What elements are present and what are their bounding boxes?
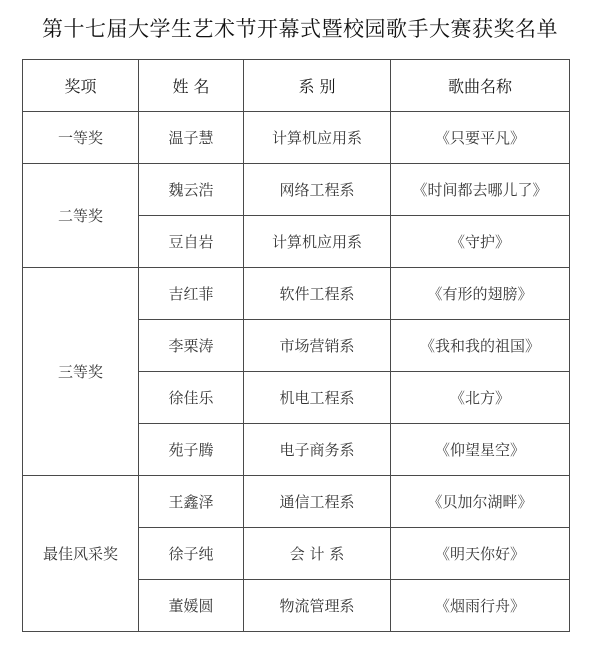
department-cell: 通信工程系 <box>244 476 391 528</box>
award-cell: 最佳风采奖 <box>23 476 139 632</box>
name-cell: 魏云浩 <box>139 164 244 216</box>
table-row: 最佳风采奖 王鑫泽 通信工程系 《贝加尔湖畔》 <box>23 476 570 528</box>
header-name: 姓 名 <box>139 60 244 112</box>
song-cell: 《贝加尔湖畔》 <box>391 476 570 528</box>
department-cell: 计算机应用系 <box>244 112 391 164</box>
award-cell: 二等奖 <box>23 164 139 268</box>
name-cell: 徐子纯 <box>139 528 244 580</box>
name-cell: 苑子腾 <box>139 424 244 476</box>
table-header-row: 奖项 姓 名 系 别 歌曲名称 <box>23 60 570 112</box>
name-cell: 吉红菲 <box>139 268 244 320</box>
table-row: 三等奖 吉红菲 软件工程系 《有形的翅膀》 <box>23 268 570 320</box>
award-cell: 一等奖 <box>23 112 139 164</box>
song-cell: 《只要平凡》 <box>391 112 570 164</box>
song-cell: 《有形的翅膀》 <box>391 268 570 320</box>
name-cell: 董媛圆 <box>139 580 244 632</box>
page-title: 第十七届大学生艺术节开幕式暨校园歌手大赛获奖名单 <box>0 14 600 44</box>
table-row: 一等奖 温子慧 计算机应用系 《只要平凡》 <box>23 112 570 164</box>
department-cell: 软件工程系 <box>244 268 391 320</box>
name-cell: 王鑫泽 <box>139 476 244 528</box>
award-cell: 三等奖 <box>23 268 139 476</box>
song-cell: 《烟雨行舟》 <box>391 580 570 632</box>
department-cell: 网络工程系 <box>244 164 391 216</box>
department-cell: 电子商务系 <box>244 424 391 476</box>
header-award: 奖项 <box>23 60 139 112</box>
department-cell: 市场营销系 <box>244 320 391 372</box>
header-department: 系 别 <box>244 60 391 112</box>
song-cell: 《仰望星空》 <box>391 424 570 476</box>
department-cell: 物流管理系 <box>244 580 391 632</box>
song-cell: 《守护》 <box>391 216 570 268</box>
song-cell: 《我和我的祖国》 <box>391 320 570 372</box>
name-cell: 徐佳乐 <box>139 372 244 424</box>
name-cell: 李栗涛 <box>139 320 244 372</box>
award-winners-table: 奖项 姓 名 系 别 歌曲名称 一等奖 温子慧 计算机应用系 《只要平凡》 二等… <box>22 59 570 632</box>
table-row: 二等奖 魏云浩 网络工程系 《时间都去哪儿了》 <box>23 164 570 216</box>
header-song: 歌曲名称 <box>391 60 570 112</box>
department-cell: 机电工程系 <box>244 372 391 424</box>
department-cell: 会 计 系 <box>244 528 391 580</box>
song-cell: 《时间都去哪儿了》 <box>391 164 570 216</box>
department-cell: 计算机应用系 <box>244 216 391 268</box>
song-cell: 《北方》 <box>391 372 570 424</box>
name-cell: 温子慧 <box>139 112 244 164</box>
name-cell: 豆自岩 <box>139 216 244 268</box>
song-cell: 《明天你好》 <box>391 528 570 580</box>
